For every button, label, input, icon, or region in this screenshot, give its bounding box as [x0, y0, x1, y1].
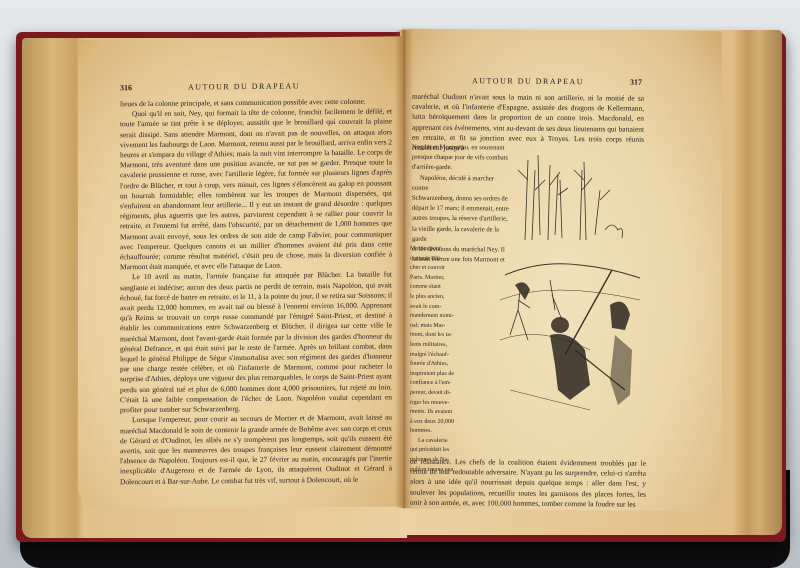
text-line: confiance à l'em-: [410, 379, 470, 389]
left-running-head: AUTOUR DU DRAPEAU: [188, 81, 300, 91]
engraving-illustration: [500, 150, 640, 425]
text-line: à eux deux 20,000: [410, 417, 470, 427]
text-line: cher et couvrir: [410, 264, 470, 274]
book-gutter: [395, 30, 413, 508]
text-line: autres troupes, la réserve d'artillerie,: [412, 214, 512, 225]
wrapped-text-narrow: Mortier pour contenir Blü- cher et couvr…: [410, 245, 470, 476]
right-running-head: AUTOUR DU DRAPEAU: [472, 76, 584, 86]
text-line: d'arrière-garde.: [412, 163, 512, 174]
paragraph: Lorsque l'empereur, pour courir au secou…: [120, 413, 392, 487]
text-line: la vieille garde, la cavalerie de la gar…: [412, 224, 512, 245]
text-line: ments. Ils avaient: [410, 408, 470, 418]
text-line: riger les mouve-: [410, 398, 470, 408]
text-line: La cavalerie: [410, 437, 470, 447]
paragraph: Le 10 avril au matin, l'armée française …: [120, 270, 392, 416]
right-bottom-paragraph: de résistance. Les chefs de la coalition…: [410, 457, 646, 510]
text-line: hommes.: [410, 427, 470, 437]
text-line: de résistance.: [410, 457, 452, 466]
text-line: qui précédait les: [410, 446, 470, 456]
left-page: 316 AUTOUR DU DRAPEAU lieues de la colon…: [78, 36, 408, 509]
text-line: Napoléon, décidé à marcher contre: [412, 173, 512, 194]
text-line: nal; mais Mar-: [410, 321, 470, 331]
text-line: comme étant: [410, 283, 470, 293]
text-line: mont, dont les ta-: [410, 331, 470, 341]
text-line: Paris. Mortier,: [410, 273, 470, 283]
text-line: avait le com-: [410, 302, 470, 312]
text-line: malgré l'échauf-: [410, 350, 470, 360]
paragraph: Quoi qu'il en soit, Ney, qui formait la …: [120, 107, 392, 273]
text-line: Mortier pour: [410, 245, 470, 255]
text-line: le plus ancien,: [410, 293, 470, 303]
text-line: inspiraient plus de: [410, 369, 470, 379]
text-line: lents militaires,: [410, 341, 470, 351]
text-line: contenir Blü-: [410, 254, 470, 264]
text-line: pereur, devait di-: [410, 389, 470, 399]
text-line: fourée d'Athies,: [410, 360, 470, 370]
left-page-number: 316: [120, 83, 132, 92]
right-page-number: 317: [630, 78, 642, 87]
left-page-body: lieues de la colonne principale, et sans…: [120, 96, 392, 487]
text-line: mandement nomi-: [410, 312, 470, 322]
